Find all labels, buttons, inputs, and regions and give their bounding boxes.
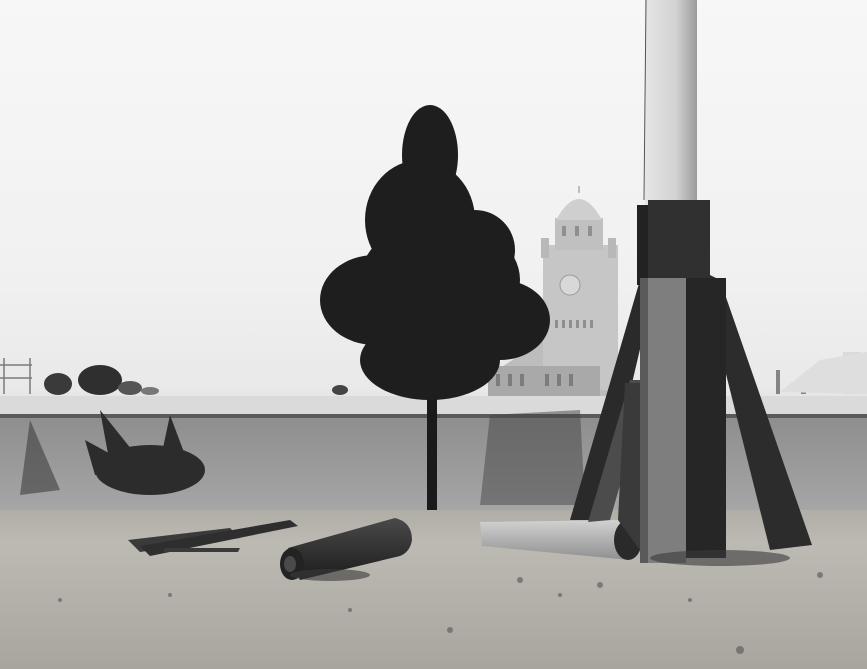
historical-photograph: Historical black-and-white photograph of… <box>0 0 867 669</box>
distant-trees <box>0 358 348 395</box>
distant-chimneys <box>776 352 867 394</box>
dirt-ground <box>0 490 867 669</box>
